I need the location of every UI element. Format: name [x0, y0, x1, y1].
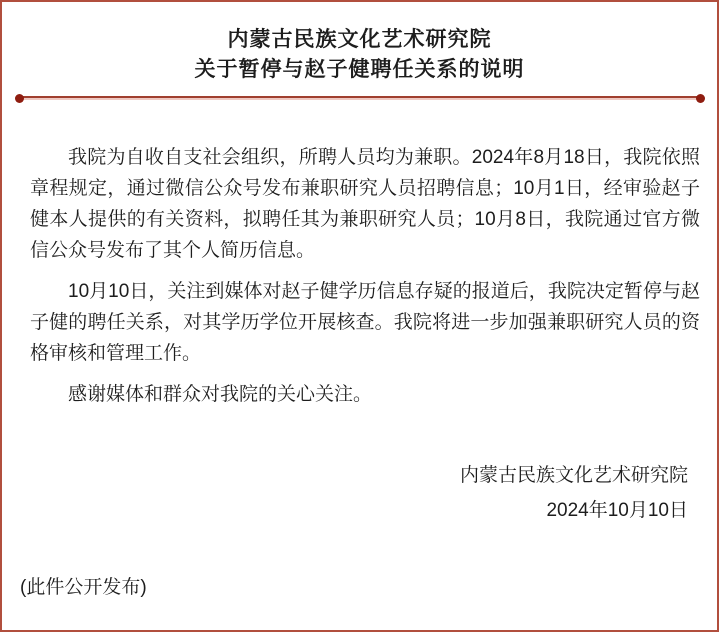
document-title: 内蒙古民族文化艺术研究院 关于暂停与赵子健聘任关系的说明 [2, 2, 717, 85]
footer-note: (此件公开发布) [20, 576, 147, 600]
divider-line-shadow [20, 98, 700, 100]
red-divider [15, 94, 705, 103]
paragraph-1: 我院为自收自支社会组织，所聘人员均为兼职。2024年8月18日，我院依照章程规定… [30, 142, 700, 266]
paragraph-3: 感谢媒体和群众对我院的关心关注。 [30, 379, 700, 410]
official-document: 内蒙古民族文化艺术研究院 关于暂停与赵子健聘任关系的说明 我院为自收自支社会组织… [0, 0, 719, 632]
divider-left-dot [15, 94, 24, 103]
signature-org: 内蒙古民族文化艺术研究院 [2, 458, 688, 493]
title-line-2: 关于暂停与赵子健聘任关系的说明 [2, 55, 717, 85]
document-body: 我院为自收自支社会组织，所聘人员均为兼职。2024年8月18日，我院依照章程规定… [2, 103, 717, 410]
title-line-1: 内蒙古民族文化艺术研究院 [2, 25, 717, 55]
paragraph-2: 10月10日，关注到媒体对赵子健学历信息存疑的报道后，我院决定暂停与赵子健的聘任… [30, 276, 700, 369]
signature-block: 内蒙古民族文化艺术研究院 2024年10月10日 [2, 458, 717, 528]
signature-date: 2024年10月10日 [2, 493, 688, 528]
divider-right-dot [696, 94, 705, 103]
